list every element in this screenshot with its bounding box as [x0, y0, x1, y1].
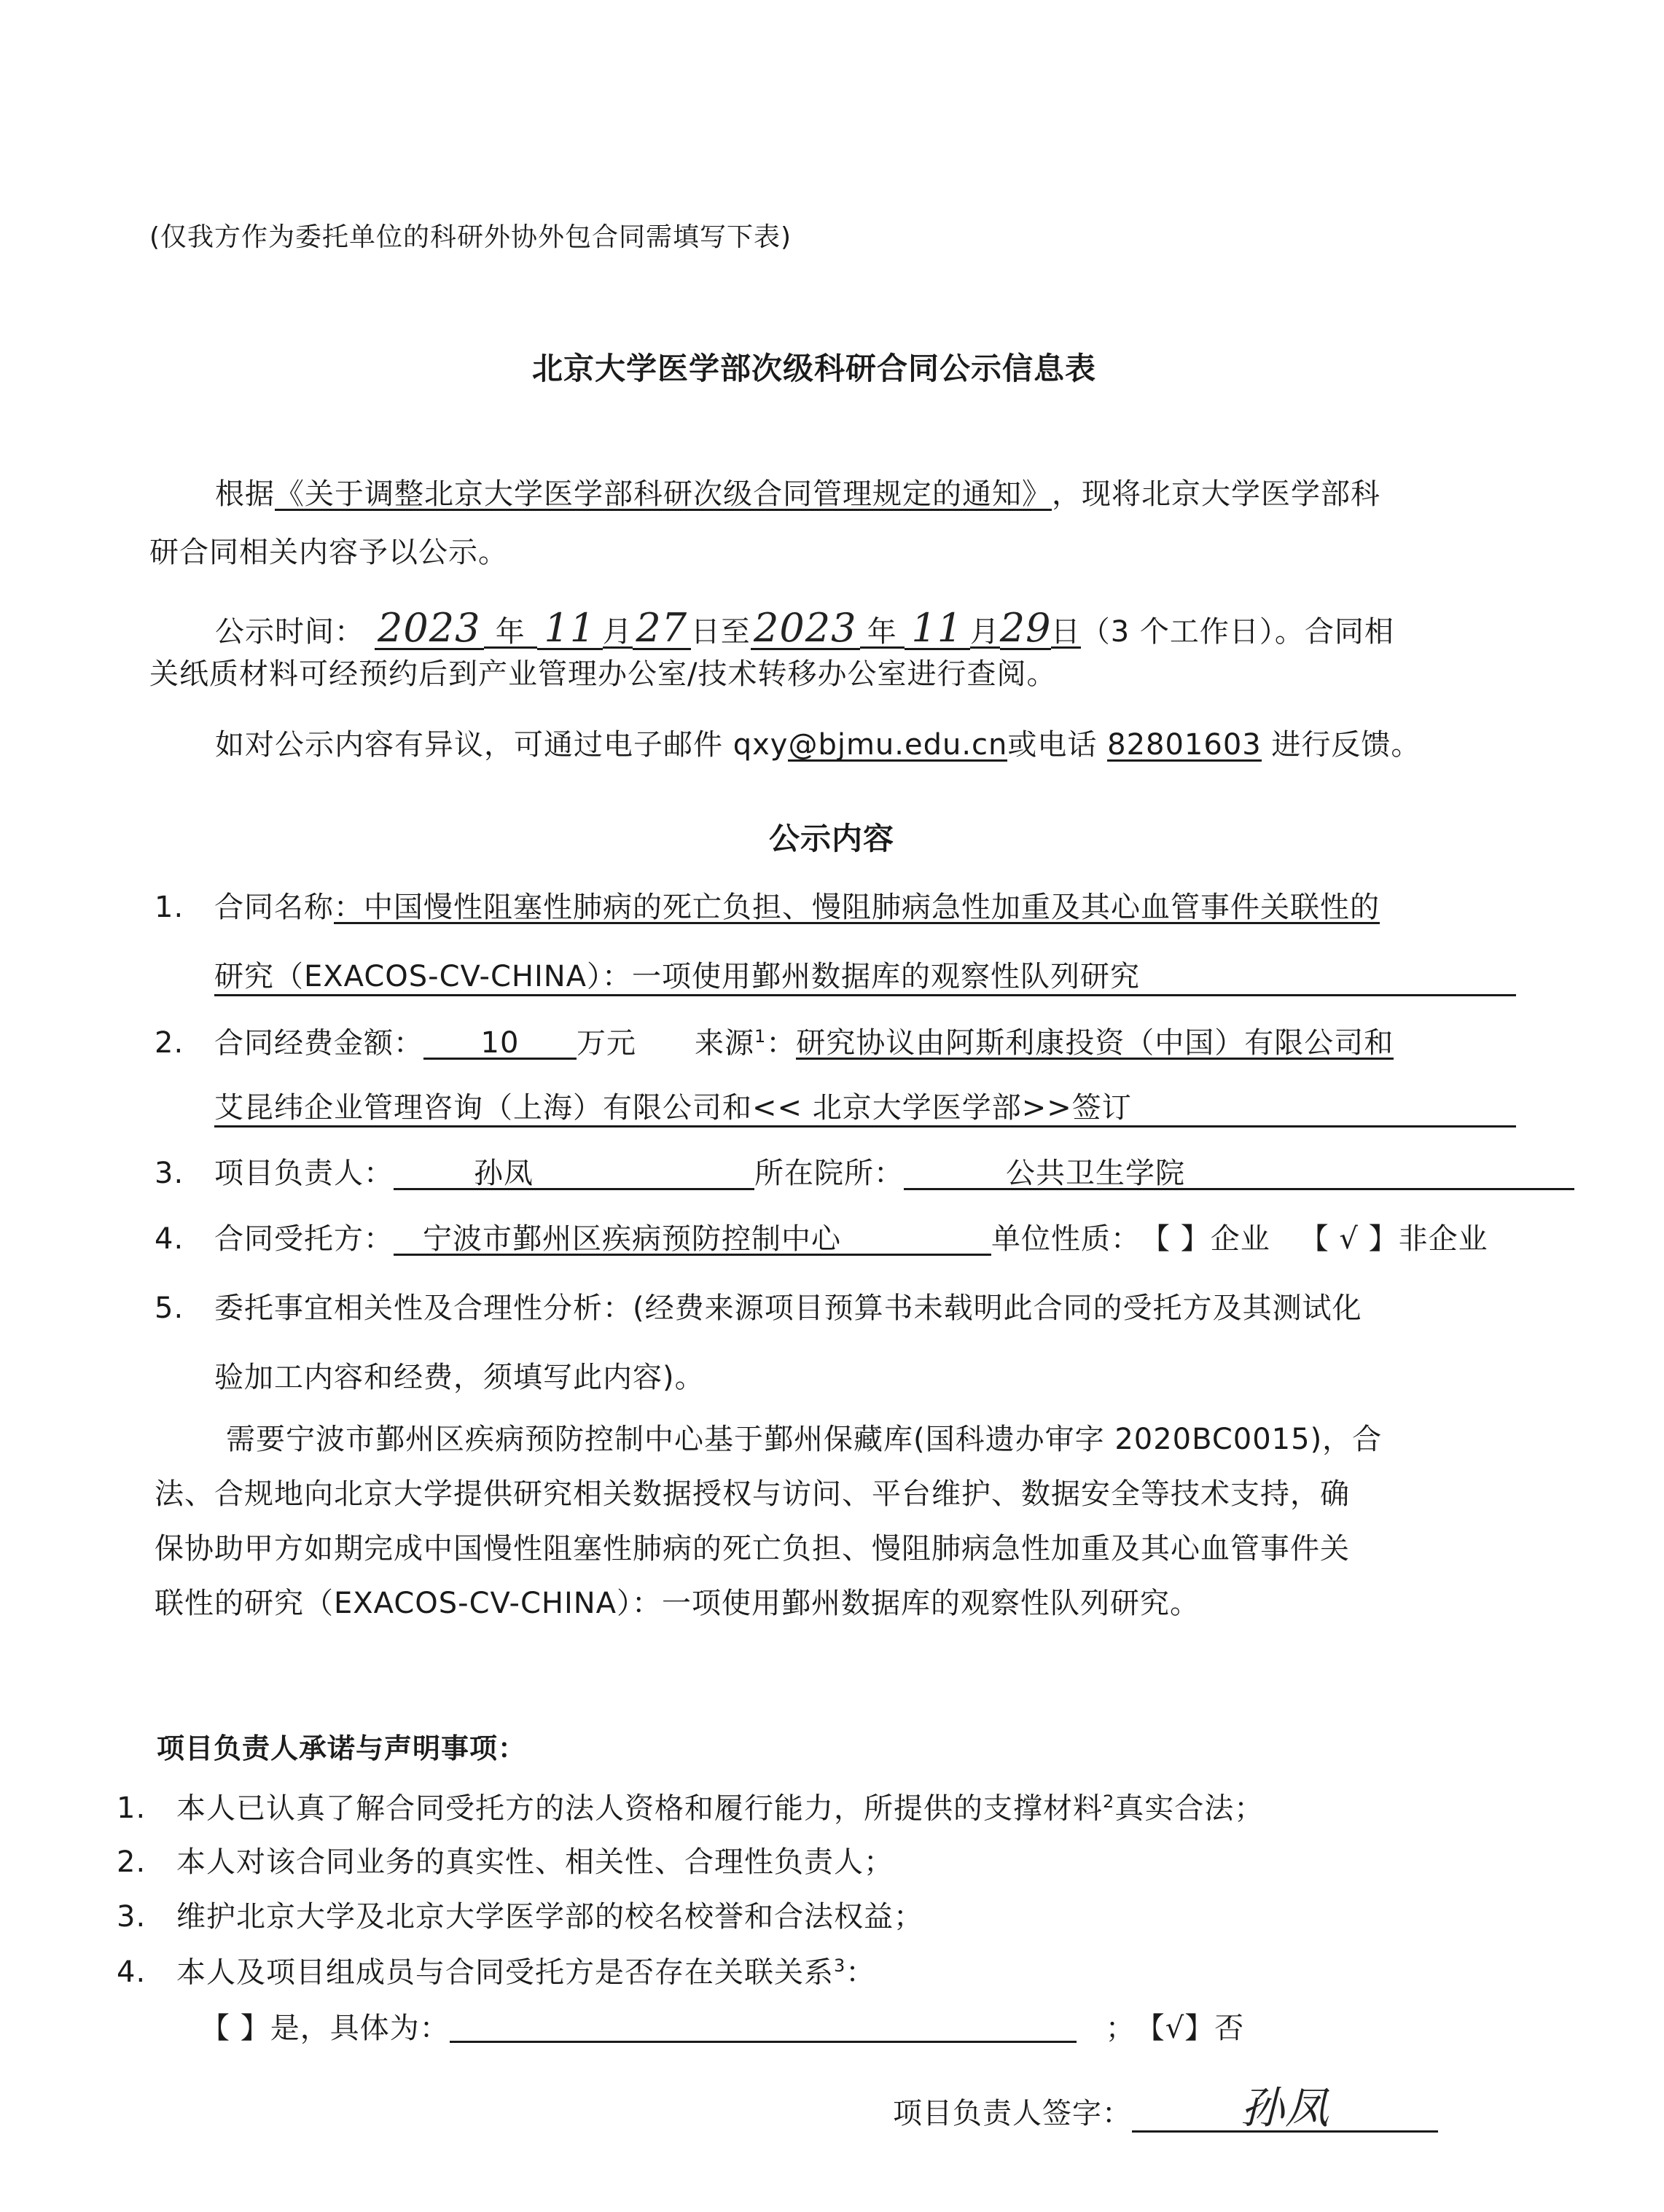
amount-unit: 万元: [577, 1026, 636, 1060]
day-char: 日: [1051, 617, 1081, 649]
month-char-2: 月: [970, 617, 1000, 649]
item-pi: 3.项目负责人：孙凤所在院所：公共卫生学院: [155, 1159, 1574, 1190]
intro-line-1: 根据《关于调整北京大学医学部科研次级合同管理规定的通知》，现将北京大学医学部科: [215, 480, 1380, 511]
declaration-item-2: 2.本人对该合同业务的真实性、相关性、合理性负责人；: [117, 1848, 894, 1877]
declaration-title: 项目负责人承诺与声明事项：: [157, 1735, 526, 1762]
feedback-prefix: 如对公示内容有异议，可通过电子邮件 qxy: [215, 728, 788, 762]
analysis-body-line-2: 法、合规地向北京大学提供研究相关数据授权与访问、平台维护、数据安全等技术支持，确: [155, 1480, 1350, 1509]
declaration-tail: ：: [845, 1955, 875, 1989]
feedback-email-link[interactable]: @bjmu.edu.cn: [788, 730, 1007, 762]
trustee-value: 宁波市鄞州区疾病预防控制中心: [394, 1224, 991, 1256]
item-number: 5.: [155, 1294, 214, 1323]
contract-name-value-2: 研究（EXACOS-CV-CHINA）：一项使用鄞州数据库的观察性队列研究: [214, 962, 1516, 996]
footnote-3: 3: [834, 1955, 845, 1976]
enterprise-label: 企业: [1211, 1222, 1270, 1256]
feedback-line: 如对公示内容有异议，可通过电子邮件 qxy@bjmu.edu.cn或电话 828…: [215, 730, 1421, 762]
signature-field[interactable]: 孙凤: [1132, 2087, 1438, 2133]
item-number: 3.: [117, 1902, 176, 1931]
section-title: 公示内容: [769, 824, 894, 854]
item-amount: 2.合同经费金额：10万元来源1：研究协议由阿斯利康投资（中国）有限公司和: [155, 1028, 1394, 1060]
contract-name-label: 合同名称: [214, 891, 334, 924]
nature-label: 单位性质：: [991, 1222, 1141, 1256]
item-trustee: 4.合同受托方：宁波市鄞州区疾病预防控制中心单位性质：【 】企业【 √ 】非企业: [155, 1224, 1488, 1256]
start-day-field[interactable]: 27: [633, 609, 691, 650]
declaration-tail: 真实合法；: [1114, 1791, 1264, 1825]
year-char: 年: [484, 617, 537, 649]
declaration-text: 本人及项目组成员与合同受托方是否存在关联关系: [176, 1955, 834, 1989]
period-label: 公示时间：: [215, 615, 364, 649]
publicity-period: 公示时间： 2023年11月27日至2023年11月29日（3 个工作日）。合同…: [215, 609, 1394, 650]
item-number: 4.: [117, 1958, 176, 1987]
declaration-item-4: 4.本人及项目组成员与合同受托方是否存在关联关系3：: [117, 1957, 875, 1987]
analysis-heading-2: 验加工内容和经费，须填写此内容)。: [214, 1363, 705, 1392]
source-colon: ：: [766, 1026, 796, 1060]
end-month-field[interactable]: 11: [905, 609, 970, 650]
nonenterprise-label: 非企业: [1399, 1222, 1488, 1256]
relationship-yes-checkbox[interactable]: 【 】: [200, 2014, 270, 2043]
dept-value: 公共卫生学院: [904, 1159, 1574, 1190]
pi-label: 项目负责人：: [214, 1157, 394, 1190]
signature-row: 项目负责人签字：孙凤: [893, 2099, 1438, 2133]
declaration-text: 维护北京大学及北京大学医学部的校名校誉和合法权益；: [176, 1900, 923, 1934]
start-month-field[interactable]: 11: [537, 609, 603, 650]
end-year-field[interactable]: 2023: [751, 609, 860, 650]
footnote-1: 1: [754, 1026, 766, 1047]
item-number: 4.: [155, 1224, 214, 1254]
end-day-field[interactable]: 29: [1000, 609, 1051, 650]
feedback-phone[interactable]: 82801603: [1107, 730, 1262, 762]
pi-value: 孙凤: [394, 1159, 754, 1190]
feedback-middle: 或电话: [1007, 728, 1107, 762]
source-value-2: 艾昆纬企业管理咨询（上海）有限公司和<< 北京大学医学部>>签订: [214, 1093, 1516, 1128]
relationship-no-checkbox[interactable]: 【√】: [1136, 2014, 1215, 2043]
page-title: 北京大学医学部次级科研合同公示信息表: [532, 353, 1096, 384]
source-label: 来源: [695, 1026, 754, 1060]
item-number: 1.: [155, 893, 214, 922]
item-analysis: 5.委托事宜相关性及合理性分析：(经费来源项目预算书未载明此合同的受托方及其测试…: [155, 1294, 1362, 1323]
analysis-body-line-1: 需要宁波市鄞州区疾病预防控制中心基于鄞州保藏库(国科遗办审字 2020BC001…: [226, 1425, 1382, 1454]
item-number: 3.: [155, 1159, 214, 1188]
dept-label: 所在院所：: [754, 1157, 904, 1190]
signature-label: 项目负责人签字：: [893, 2097, 1132, 2130]
analysis-body-line-4: 联性的研究（EXACOS-CV-CHINA）：一项使用鄞州数据库的观察性队列研究…: [155, 1589, 1200, 1618]
declaration-text: 本人已认真了解合同受托方的法人资格和履行能力，所提供的支撑材料: [176, 1791, 1103, 1825]
contract-name-value-1: ：中国慢性阻塞性肺病的死亡负担、慢阻肺病急性加重及其心血管事件关联性的: [334, 893, 1380, 924]
start-year-field[interactable]: 2023: [375, 609, 484, 650]
feedback-suffix: 进行反馈。: [1262, 728, 1421, 762]
declaration-item-1: 1.本人已认真了解合同受托方的法人资格和履行能力，所提供的支撑材料2真实合法；: [117, 1793, 1264, 1823]
declaration-text: 本人对该合同业务的真实性、相关性、合理性负责人；: [176, 1845, 894, 1879]
enterprise-checkbox[interactable]: 【 】: [1141, 1224, 1211, 1254]
relationship-options: 【 】是，具体为：；【√】否: [200, 2012, 1244, 2043]
analysis-heading-1: 委托事宜相关性及合理性分析：(经费来源项目预算书未载明此合同的受托方及其测试化: [214, 1291, 1362, 1325]
intro-prefix: 根据: [215, 477, 275, 511]
period-line-2: 关纸质材料可经预约后到产业管理办公室/技术转移办公室进行查阅。: [149, 660, 1056, 689]
item-number: 1.: [117, 1794, 176, 1823]
separator: ；: [1106, 2012, 1136, 2045]
relationship-yes-label: 是，具体为：: [270, 2012, 450, 2045]
analysis-body-line-3: 保协助甲方如期完成中国慢性阻塞性肺病的死亡负担、慢阻肺病急性加重及其心血管事件关: [155, 1534, 1350, 1563]
month-char: 月: [603, 617, 633, 649]
nonenterprise-checkbox[interactable]: 【 √ 】: [1300, 1224, 1399, 1254]
to-text: 日至: [691, 615, 751, 649]
amount-label: 合同经费金额：: [214, 1026, 423, 1060]
year-char-2: 年: [860, 617, 905, 649]
footnote-2: 2: [1103, 1791, 1114, 1812]
declaration-item-3: 3.维护北京大学及北京大学医学部的校名校誉和合法权益；: [117, 1902, 923, 1931]
workdays-text: （3 个工作日）。合同相: [1081, 615, 1394, 649]
source-value-1: 研究协议由阿斯利康投资（中国）有限公司和: [796, 1028, 1394, 1060]
relationship-detail-field[interactable]: [450, 2012, 1077, 2043]
intro-line-2: 研合同相关内容予以公示。: [149, 538, 508, 567]
item-contract-name: 1.合同名称：中国慢性阻塞性肺病的死亡负担、慢阻肺病急性加重及其心血管事件关联性…: [155, 893, 1380, 924]
intro-suffix: ，现将北京大学医学部科: [1052, 477, 1380, 511]
trustee-label: 合同受托方：: [214, 1222, 394, 1256]
regulation-reference: 《关于调整北京大学医学部科研次级合同管理规定的通知》: [275, 480, 1052, 511]
item-number: 2.: [155, 1028, 214, 1058]
item-number: 2.: [117, 1848, 176, 1877]
amount-value: 10: [423, 1028, 577, 1060]
relationship-no-label: 否: [1214, 2012, 1244, 2045]
form-note: (仅我方作为委托单位的科研外协外包合同需填写下表): [149, 224, 792, 251]
